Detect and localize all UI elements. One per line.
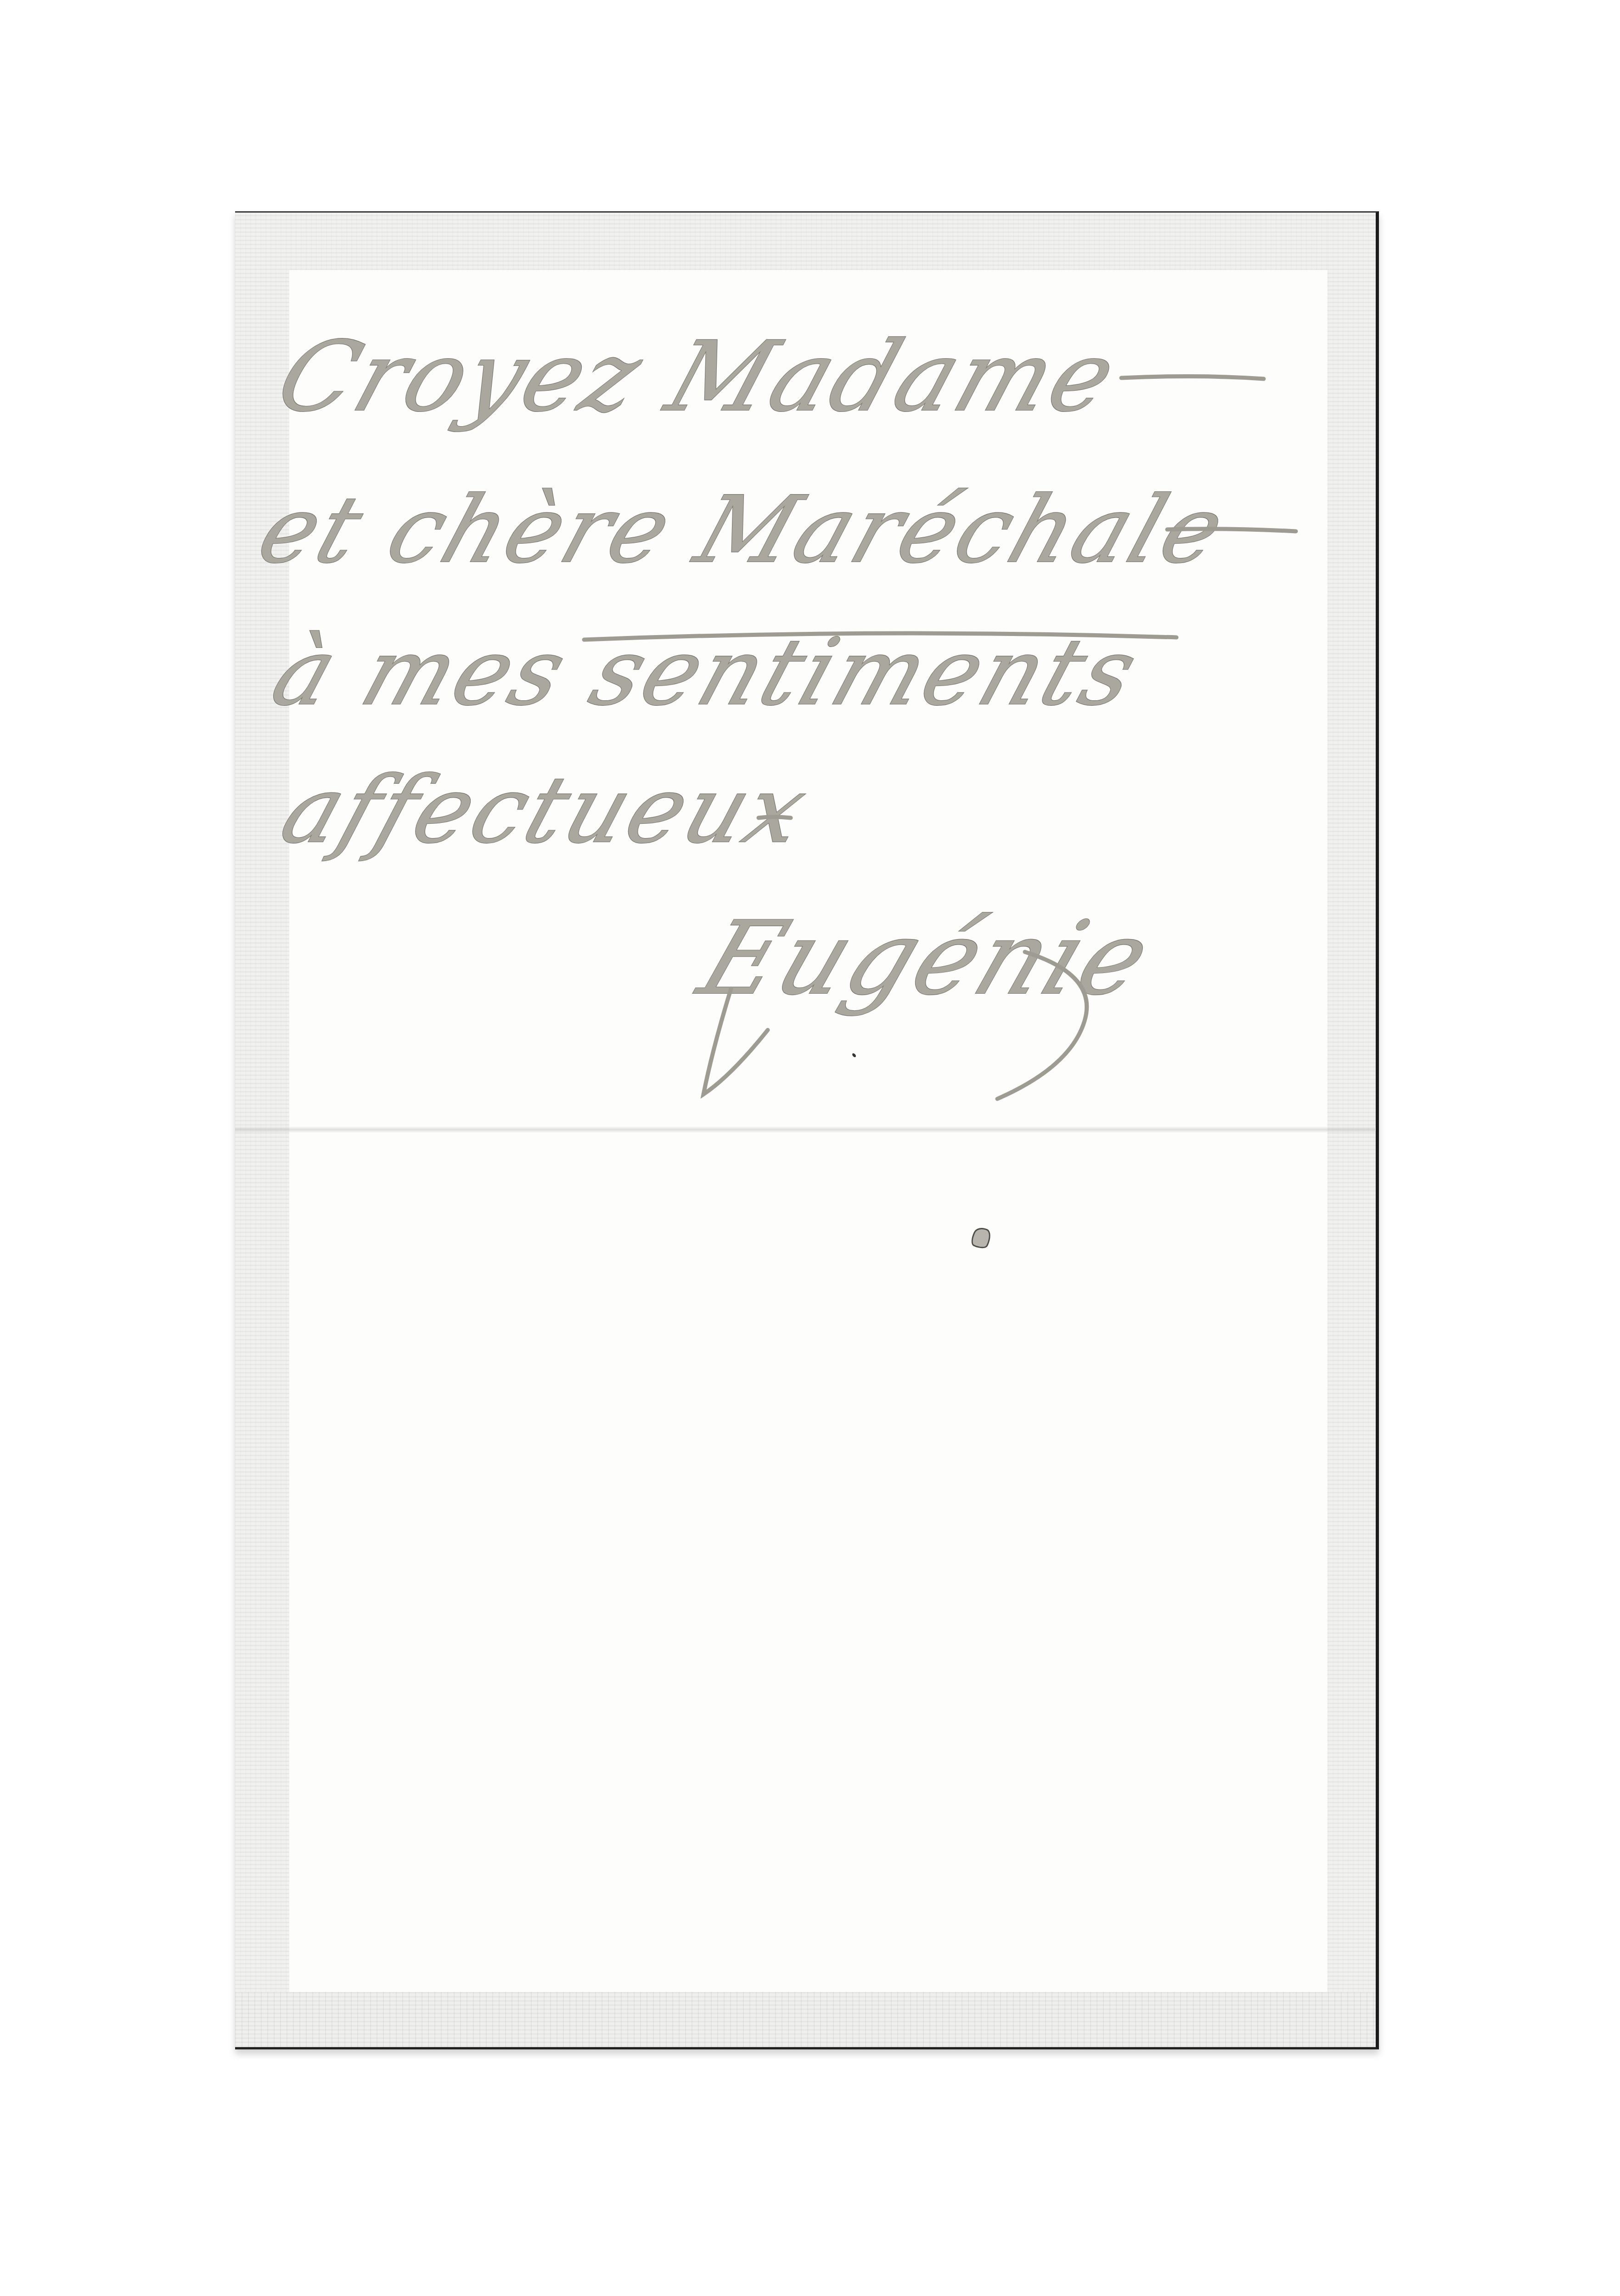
handwritten-text: Croyez Madame et chère Maréchale à mes s… <box>235 213 1376 2047</box>
letter-line-2: et chère Maréchale <box>246 477 1239 584</box>
letter-line-1: Croyez Madame <box>264 321 1132 433</box>
signature: Eugénie <box>684 900 1168 1018</box>
line-4-tail-stroke <box>759 817 791 818</box>
line-2-tail-stroke <box>1167 529 1296 531</box>
fold-notch <box>1375 1127 1379 1131</box>
line-1-tail-stroke <box>1121 376 1264 379</box>
letter-line-4: affectueux <box>269 757 821 864</box>
letter-sheet: Croyez Madame et chère Maréchale à mes s… <box>235 211 1379 2049</box>
